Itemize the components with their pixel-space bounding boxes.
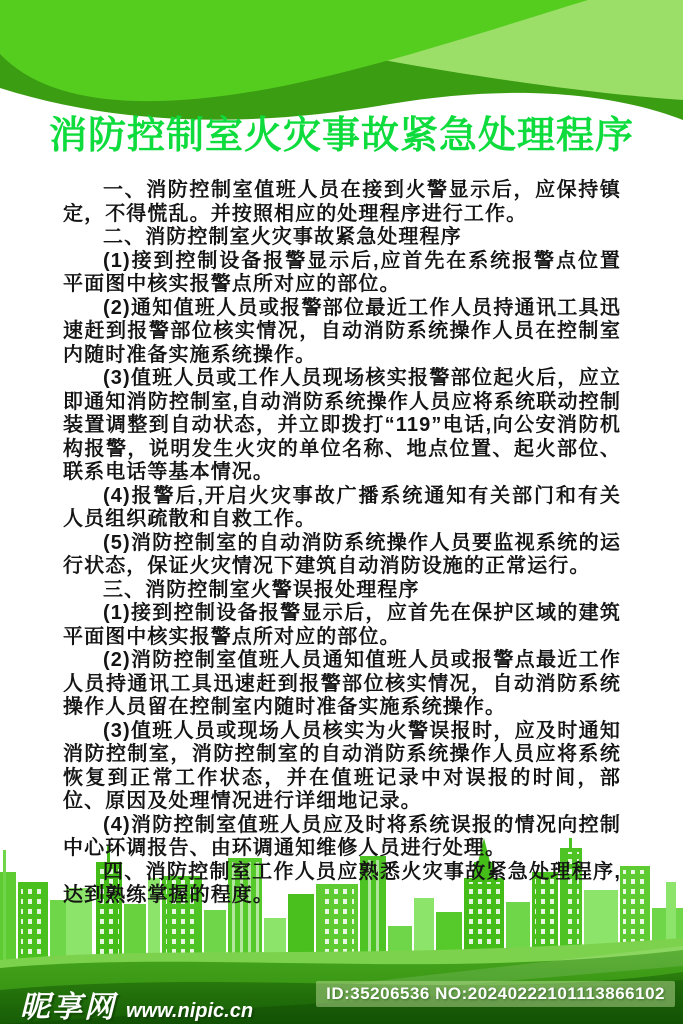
paragraph: (4)报警后,开启火灾事故广播系统通知有关部门和有关人员组织疏散和自救工作。 <box>63 485 621 532</box>
image-id-watermark: ID:35206536 NO:20240222101113866102 <box>316 981 675 1007</box>
paragraph: (3)值班人员或现场人员核实为火警误报时，应及时通知消防控制室，消防控制室的自动… <box>63 720 621 814</box>
nipic-watermark: 昵享网 www.nipic.cn <box>20 982 253 1024</box>
paragraph: (2)通知值班人员或报警部位最近工作人员持通讯工具迅速赶到报警部位核实情况，自动… <box>63 297 621 368</box>
procedure-text: 一、消防控制室值班人员在接到火警显示后，应保持镇定，不得慌乱。并按照相应的处理程… <box>63 179 621 908</box>
paragraph: (3)值班人员或工作人员现场核实报警部位起火后，应立即通知消防控制室,自动消防系… <box>63 367 621 485</box>
paragraph: (5)消防控制室的自动消防系统操作人员要监视系统的运行状态，保证火灾情况下建筑自… <box>63 532 621 579</box>
paragraph: 二、消防控制室火灾事故紧急处理程序 <box>63 226 621 250</box>
paragraph: (1)接到控制设备报警显示后，应首先在保护区域的建筑平面图中核实报警点所对应的部… <box>63 602 621 649</box>
paragraph: 三、消防控制室火警误报处理程序 <box>63 579 621 603</box>
poster-title: 消防控制室火灾事故紧急处理程序 <box>0 104 683 159</box>
paragraph: 一、消防控制室值班人员在接到火警显示后，应保持镇定，不得慌乱。并按照相应的处理程… <box>63 179 621 226</box>
poster-page: 消防控制室火灾事故紧急处理程序 一、消防控制室值班人员在接到火警显示后，应保持镇… <box>0 0 683 1024</box>
paragraph: (2)消防控制室值班人员通知值班人员或报警点最近工作人员持通讯工具迅速赶到报警部… <box>63 649 621 720</box>
nipic-logo: 昵享网 <box>20 982 116 1024</box>
paragraph: (1)接到控制设备报警显示后,应首先在系统报警点位置平面图中核实报警点所对应的部… <box>63 250 621 297</box>
paragraph: (4)消防控制室值班人员应及时将系统误报的情况向控制中心环调报告、由环调通知维修… <box>63 814 621 861</box>
nipic-url-text: www.nipic.cn <box>126 1000 253 1023</box>
paragraph: 四、消防控制室工作人员应熟悉火灾事故紧急处理程序,达到熟练掌握的程度。 <box>63 861 621 908</box>
